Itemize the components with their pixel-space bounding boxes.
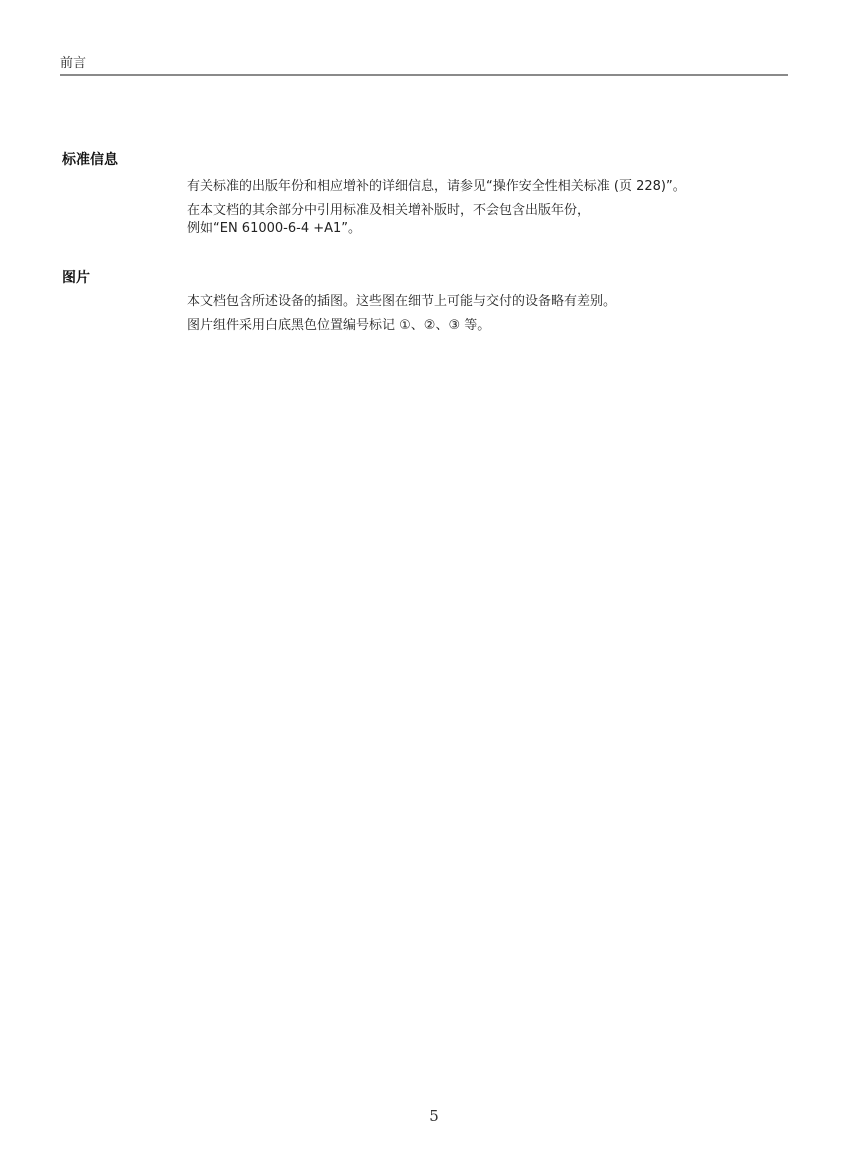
paragraph: 例如“EN 61000-6-4 +A1”。 (187, 220, 787, 238)
header-title: 前言 (60, 55, 788, 74)
section-heading-figures: 图片 (62, 269, 90, 287)
header-divider (60, 74, 788, 76)
section-body-standards: 有关标准的出版年份和相应增补的详细信息，请参见“操作安全性相关标准 (页 228… (187, 178, 787, 238)
section-body-figures: 本文档包含所述设备的插图。这些图在细节上可能与交付的设备略有差别。 图片组件采用… (187, 293, 787, 335)
paragraph: 有关标准的出版年份和相应增补的详细信息，请参见“操作安全性相关标准 (页 228… (187, 178, 787, 196)
section-heading-standards: 标准信息 (62, 151, 118, 169)
paragraph: 图片组件采用白底黑色位置编号标记 ①、②、③ 等。 (187, 317, 787, 335)
page-header: 前言 (60, 55, 788, 76)
page-number: 5 (0, 1107, 868, 1125)
paragraph: 本文档包含所述设备的插图。这些图在细节上可能与交付的设备略有差别。 (187, 293, 787, 311)
paragraph: 在本文档的其余部分中引用标准及相关增补版时，不会包含出版年份， (187, 202, 787, 220)
